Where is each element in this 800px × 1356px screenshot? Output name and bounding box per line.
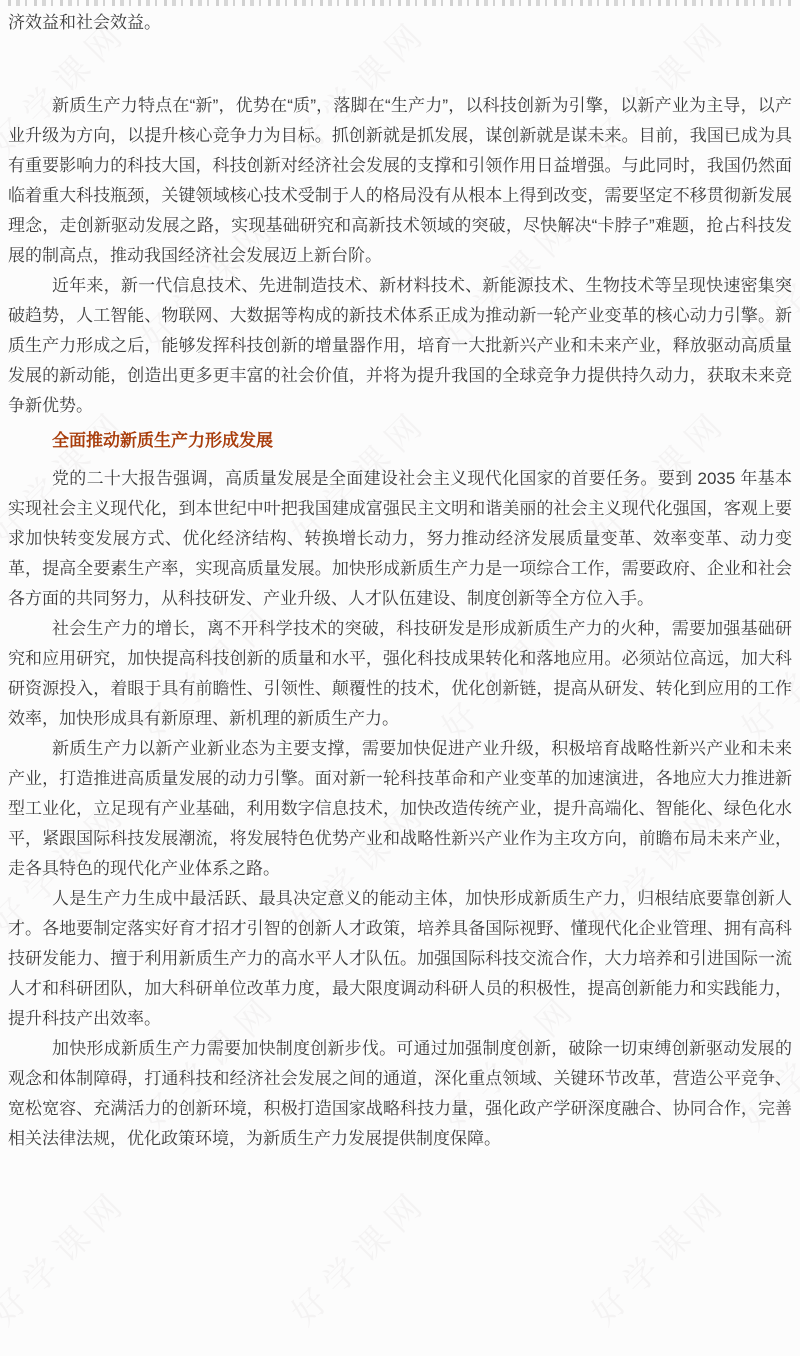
paragraph: 人是生产力生成中最活跃、最具决定意义的能动主体，加快形成新质生产力，归根结底要靠…	[8, 884, 792, 1034]
paragraph: 党的二十大报告强调，高质量发展是全面建设社会主义现代化国家的首要任务。要到 20…	[8, 464, 792, 614]
watermark-text: 好学课网	[278, 1175, 437, 1334]
continuation-line: 济效益和社会效益。	[8, 8, 792, 38]
section-heading: 全面推动新质生产力形成发展	[8, 426, 792, 456]
watermark-text: 好学课网	[0, 1175, 138, 1334]
paragraph: 近年来，新一代信息技术、先进制造技术、新材料技术、新能源技术、生物技术等呈现快速…	[8, 271, 792, 421]
paragraph: 新质生产力特点在“新”，优势在“质”，落脚在“生产力”，以科技创新为引擎，以新产…	[8, 91, 792, 271]
paragraph-spacer	[8, 38, 792, 91]
document-page: 好学课网好学课网好学课网好学课网好学课网好学课网好学课网好学课网好学课网好学课网…	[0, 0, 800, 1356]
paragraph: 新质生产力以新产业新业态为主要支撑，需要加快促进产业升级，积极培育战略性新兴产业…	[8, 734, 792, 884]
article-body: 济效益和社会效益。 新质生产力特点在“新”，优势在“质”，落脚在“生产力”，以科…	[0, 0, 800, 1154]
paragraph: 社会生产力的增长，离不开科学技术的突破，科技研发是形成新质生产力的火种，需要加强…	[8, 614, 792, 734]
paragraph: 加快形成新质生产力需要加快制度创新步伐。可通过加强制度创新，破除一切束缚创新驱动…	[8, 1034, 792, 1154]
watermark-text: 好学课网	[578, 1175, 737, 1334]
